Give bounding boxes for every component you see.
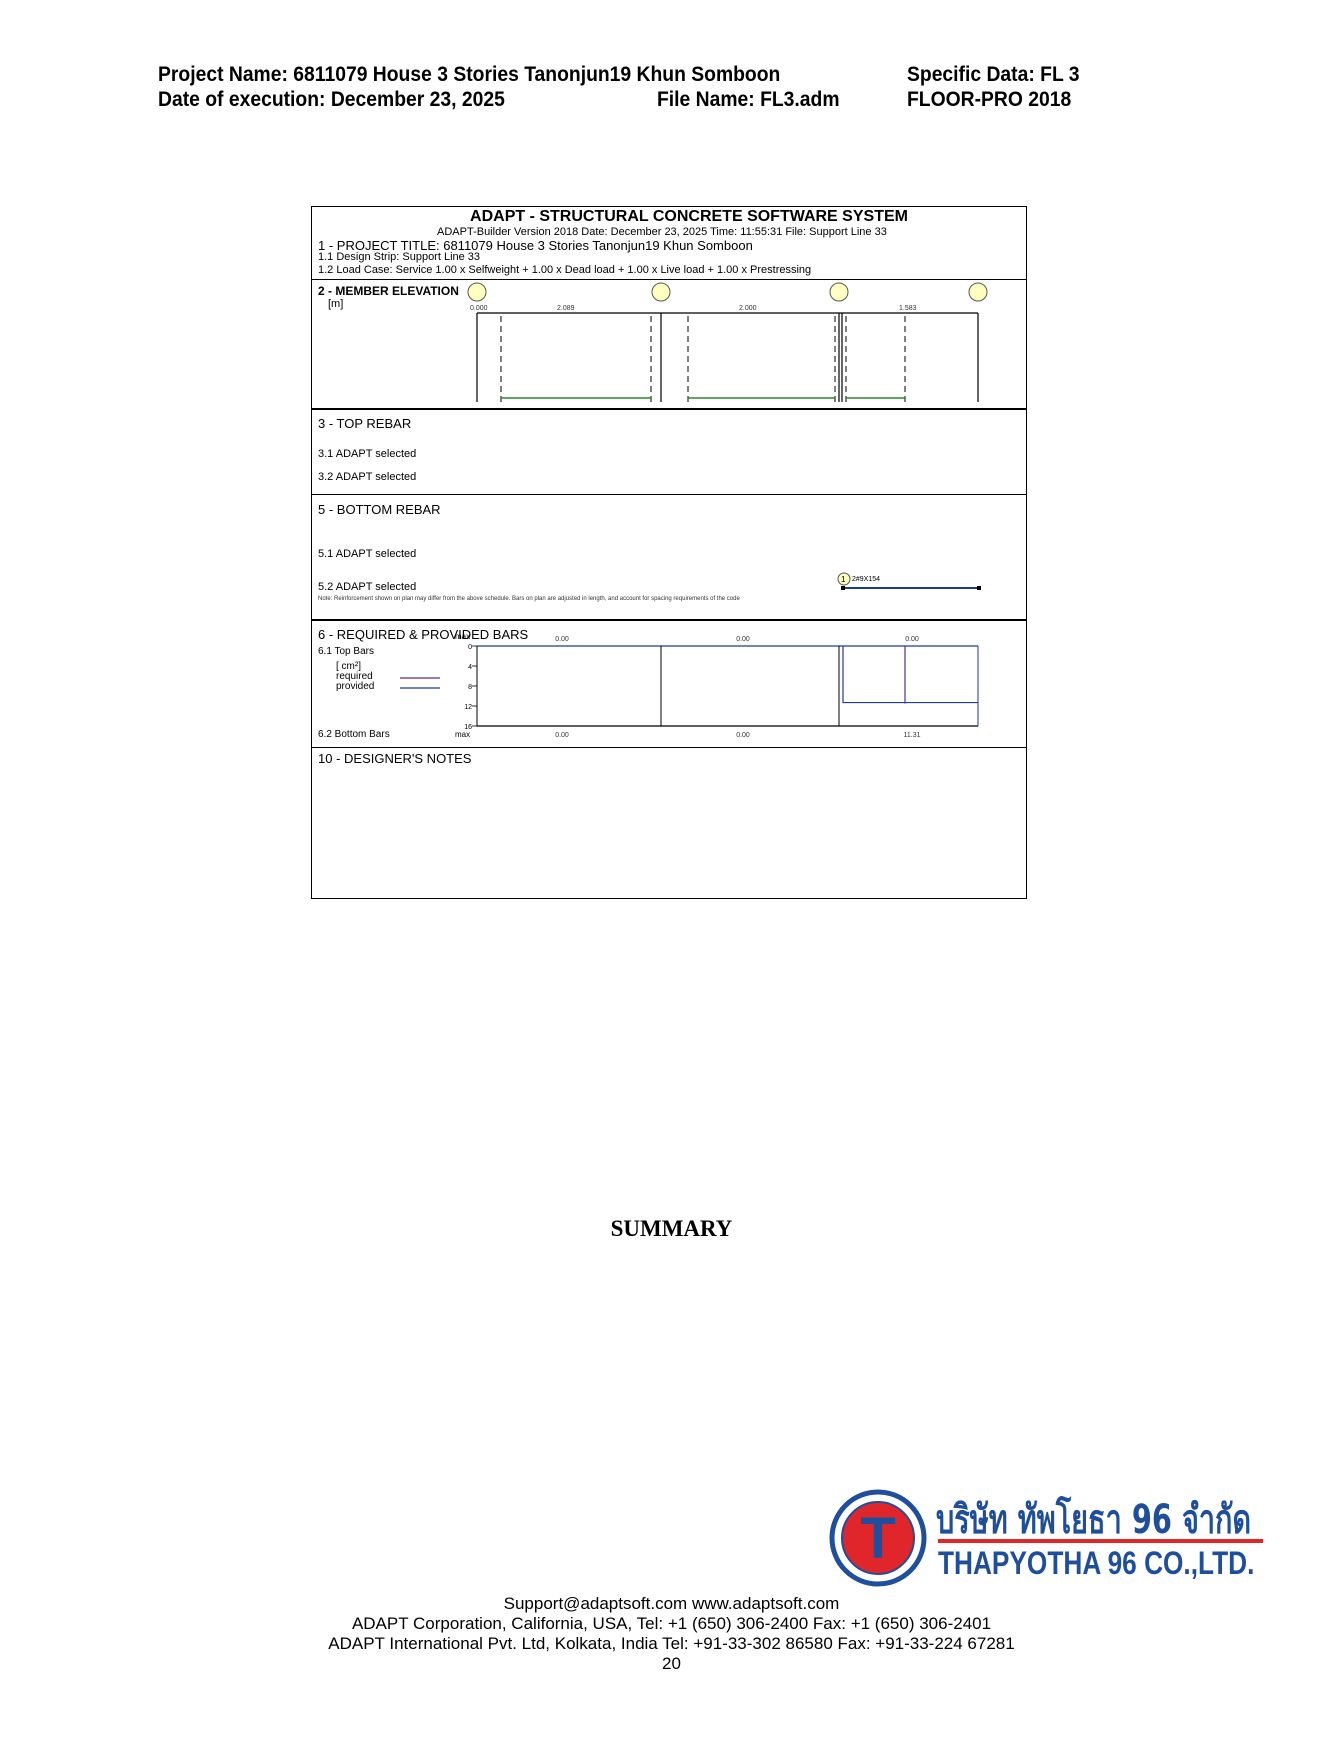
bottom-bar-drawing: 1 2#9X154 xyxy=(312,495,1028,620)
logo-emblem-icon: T xyxy=(828,1488,928,1588)
svg-text:0: 0 xyxy=(468,644,472,651)
footer-india: ADAPT International Pvt. Ltd, Kolkata, I… xyxy=(0,1634,1343,1654)
svg-text:2.000: 2.000 xyxy=(739,305,757,312)
svg-text:11.31: 11.31 xyxy=(904,732,921,739)
file-name: File Name: FL3.adm xyxy=(657,88,840,112)
svg-text:2#9X154: 2#9X154 xyxy=(852,576,880,583)
design-strip: 1.1 Design Strip: Support Line 33 xyxy=(318,251,480,263)
svg-text:1.583: 1.583 xyxy=(899,305,917,312)
logo-divider xyxy=(938,1539,1263,1543)
footer-contact: Support@adaptsoft.com www.adaptsoft.com xyxy=(0,1594,1343,1614)
top-rebar-row-2: 3.2 ADAPT selected xyxy=(318,471,416,483)
svg-text:max: max xyxy=(455,730,470,739)
designer-notes-heading: 10 - DESIGNER'S NOTES xyxy=(318,751,471,766)
report-subtitle: ADAPT-Builder Version 2018 Date: Decembe… xyxy=(437,226,887,238)
svg-text:0.00: 0.00 xyxy=(736,636,750,643)
svg-text:4: 4 xyxy=(468,664,472,671)
section-bottom-rebar: 5 - BOTTOM REBAR 5.1 ADAPT selected 5.2 … xyxy=(312,494,1026,619)
section-required-provided: 6 - REQUIRED & PROVIDED BARS 6.1 Top Bar… xyxy=(312,619,1026,747)
svg-text:0.00: 0.00 xyxy=(555,732,569,739)
svg-text:1: 1 xyxy=(841,575,846,584)
elevation-drawing: 0.000 2.089 2.000 1.583 xyxy=(312,280,1028,409)
support-marker-icon xyxy=(652,283,670,301)
svg-text:8: 8 xyxy=(468,684,472,691)
company-english-name: THAPYOTHA 96 CO.,LTD. xyxy=(938,1545,1254,1582)
support-marker-icon xyxy=(830,283,848,301)
section-member-elevation: 2 - MEMBER ELEVATION [m] xyxy=(312,279,1026,408)
date-of-execution: Date of execution: December 23, 2025 xyxy=(158,88,505,112)
specific-data: Specific Data: FL 3 xyxy=(907,63,1080,87)
adapt-report: ADAPT - STRUCTURAL CONCRETE SOFTWARE SYS… xyxy=(311,206,1027,899)
req-prov-chart: maxmax04812160.000.000.000.000.0011.31 xyxy=(312,621,1028,749)
company-logo: T บริษัท ทัพโยธา 96 จำกัด THAPYOTHA 96 C… xyxy=(828,1485,1268,1595)
svg-text:16: 16 xyxy=(464,724,472,731)
svg-text:0.00: 0.00 xyxy=(555,636,569,643)
summary-title: SUMMARY xyxy=(0,1216,1343,1242)
svg-text:T: T xyxy=(860,1506,895,1571)
svg-text:2.089: 2.089 xyxy=(557,305,575,312)
top-rebar-heading: 3 - TOP REBAR xyxy=(318,416,411,431)
support-marker-icon xyxy=(969,283,987,301)
svg-text:0.00: 0.00 xyxy=(736,732,750,739)
top-rebar-row-1: 3.1 ADAPT selected xyxy=(318,448,416,460)
section-top-rebar: 3 - TOP REBAR 3.1 ADAPT selected 3.2 ADA… xyxy=(312,408,1026,494)
svg-text:0.00: 0.00 xyxy=(905,636,919,643)
svg-text:12: 12 xyxy=(464,704,472,711)
software-name: FLOOR-PRO 2018 xyxy=(907,88,1071,112)
support-marker-icon xyxy=(468,283,486,301)
project-name: Project Name: 6811079 House 3 Stories Ta… xyxy=(158,63,780,87)
page-number: 20 xyxy=(0,1654,1343,1674)
footer-usa: ADAPT Corporation, California, USA, Tel:… xyxy=(0,1614,1343,1634)
svg-text:max: max xyxy=(455,632,470,641)
report-title: ADAPT - STRUCTURAL CONCRETE SOFTWARE SYS… xyxy=(312,208,1026,226)
load-case: 1.2 Load Case: Service 1.00 x Selfweight… xyxy=(318,264,811,276)
section-designer-notes: 10 - DESIGNER'S NOTES xyxy=(312,747,1026,898)
section-project-info: ADAPT - STRUCTURAL CONCRETE SOFTWARE SYS… xyxy=(312,207,1026,279)
svg-text:0.000: 0.000 xyxy=(470,305,488,312)
